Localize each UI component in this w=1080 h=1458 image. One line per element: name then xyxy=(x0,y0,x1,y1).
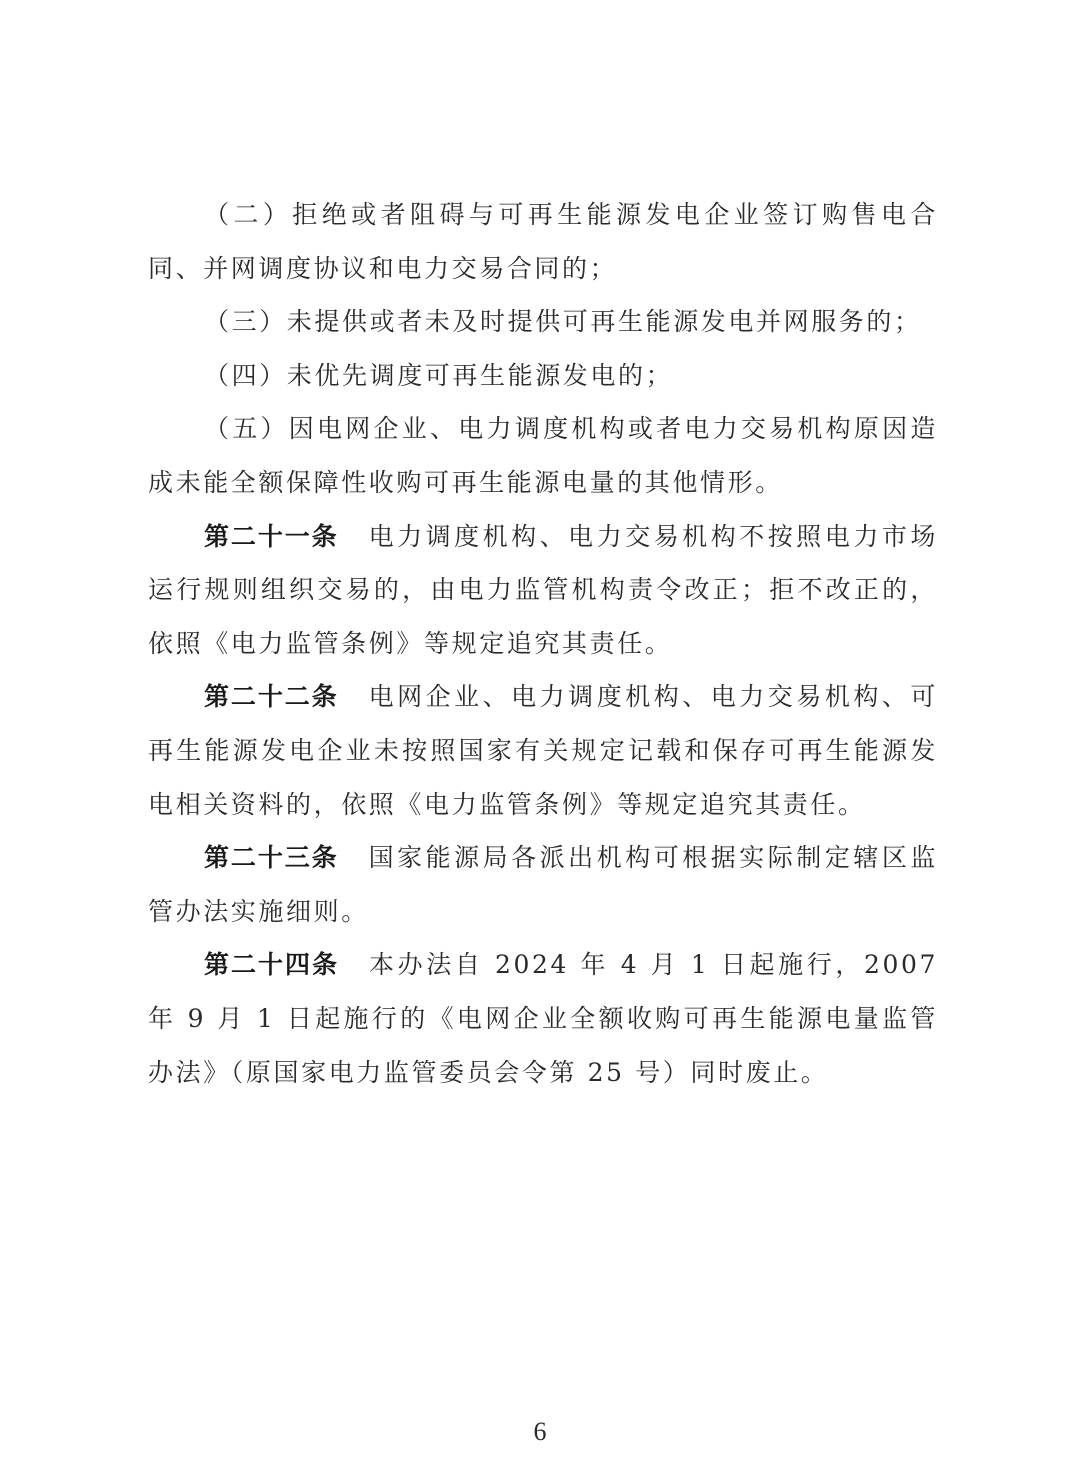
page-number: 6 xyxy=(0,1417,1080,1447)
paragraph-text: （五）因电网企业、电力调度机构或者电力交易机构原因造成未能全额保障性收购可再生能… xyxy=(148,414,938,497)
list-item-4: （四）未优先调度可再生能源发电的； xyxy=(148,349,938,403)
paragraph-text: （二）拒绝或者阻碍与可再生能源发电企业签订购售电合同、并网调度协议和电力交易合同… xyxy=(148,200,938,283)
article-number: 第二十二条 xyxy=(204,682,339,711)
article-number: 第二十四条 xyxy=(204,950,339,979)
list-item-5: （五）因电网企业、电力调度机构或者电力交易机构原因造成未能全额保障性收购可再生能… xyxy=(148,402,938,509)
list-item-2: （二）拒绝或者阻碍与可再生能源发电企业签订购售电合同、并网调度协议和电力交易合同… xyxy=(148,188,938,295)
article-number: 第二十三条 xyxy=(204,843,339,872)
article-number: 第二十一条 xyxy=(204,522,339,551)
article-21: 第二十一条电力调度机构、电力交易机构不按照电力市场运行规则组织交易的，由电力监管… xyxy=(148,510,938,671)
article-23: 第二十三条国家能源局各派出机构可根据实际制定辖区监管办法实施细则。 xyxy=(148,831,938,938)
paragraph-text: （三）未提供或者未及时提供可再生能源发电并网服务的； xyxy=(204,307,922,336)
list-item-3: （三）未提供或者未及时提供可再生能源发电并网服务的； xyxy=(148,295,938,349)
article-22: 第二十二条电网企业、电力调度机构、电力交易机构、可再生能源发电企业未按照国家有关… xyxy=(148,670,938,831)
article-24: 第二十四条本办法自 2024 年 4 月 1 日起施行，2007 年 9 月 1… xyxy=(148,938,938,1099)
document-page: （二）拒绝或者阻碍与可再生能源发电企业签订购售电合同、并网调度协议和电力交易合同… xyxy=(148,188,938,1099)
paragraph-text: （四）未优先调度可再生能源发电的； xyxy=(204,361,673,390)
